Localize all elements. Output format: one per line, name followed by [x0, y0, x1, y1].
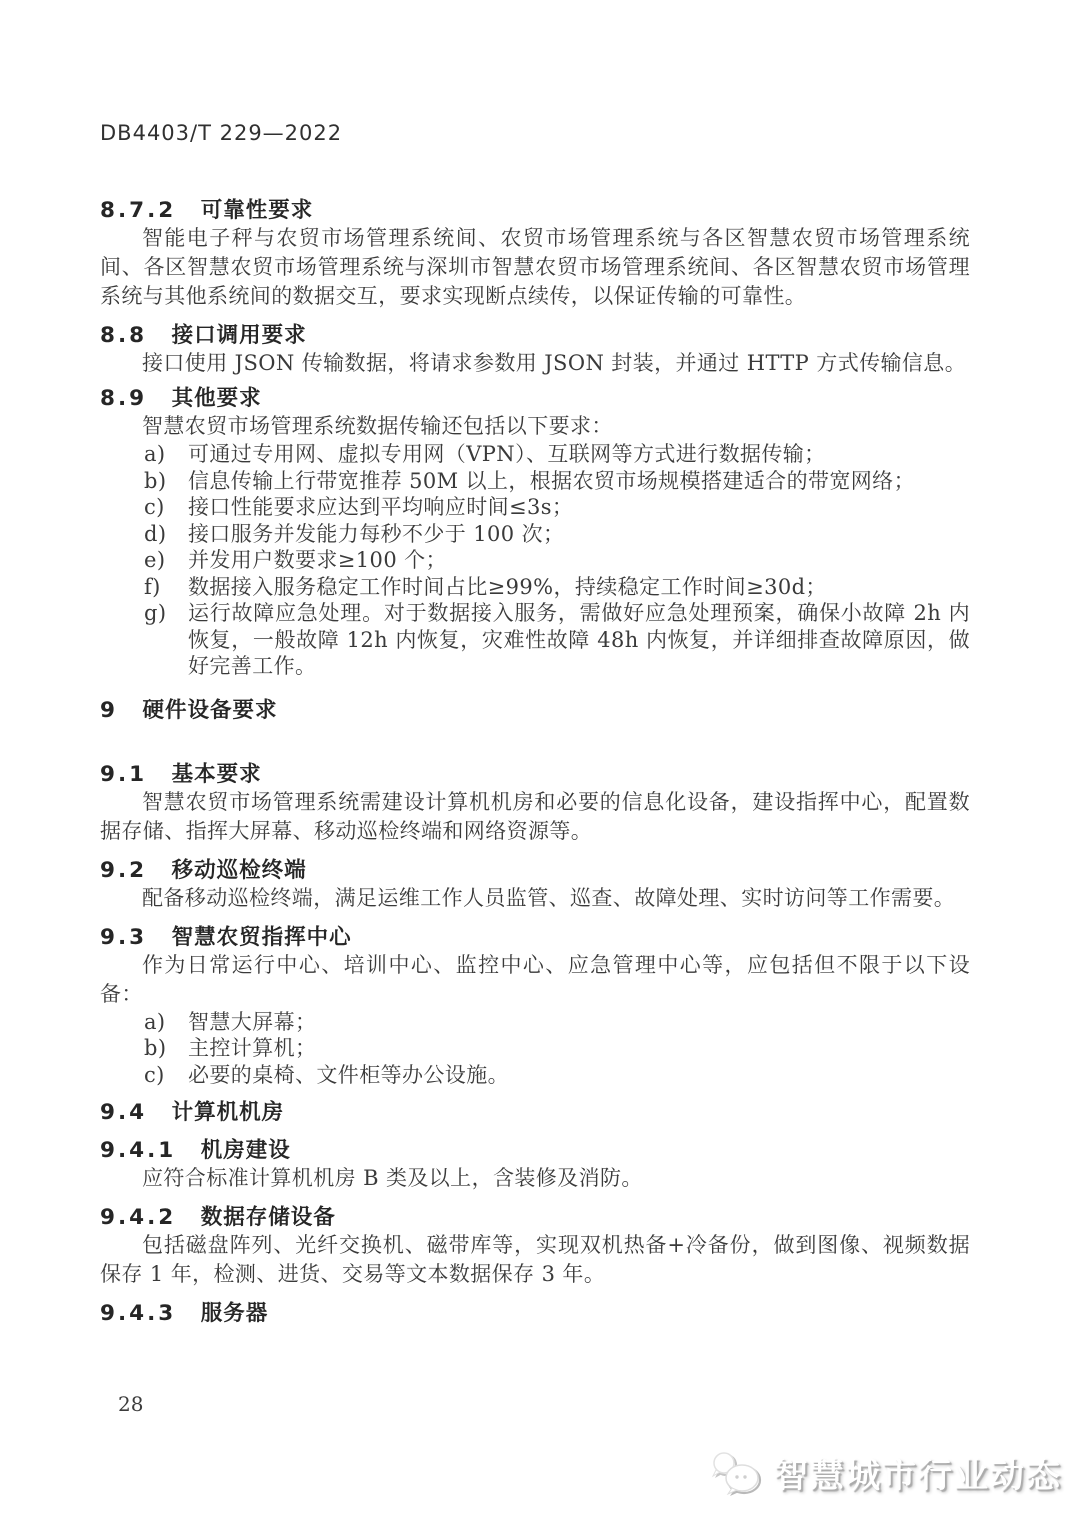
list-item-g: g) 运行故障应急处理。对于数据接入服务，需做好应急处理预案，确保小故障 2h … — [144, 600, 970, 680]
list-item-f: f) 数据接入服务稳定工作时间占比≥99%，持续稳定工作时间≥30d； — [144, 574, 970, 601]
section-heading-9-2: 9.2 移动巡检终端 — [100, 858, 970, 884]
list-item-c: c) 接口性能要求应达到平均响应时间≤3s； — [144, 494, 970, 521]
section-heading-9-4-2: 9.4.2 数据存储设备 — [100, 1205, 970, 1231]
list-marker: a) — [144, 1009, 188, 1036]
section-title: 基本要求 — [172, 762, 262, 787]
list-item-c: c) 必要的桌椅、文件柜等办公设施。 — [144, 1062, 970, 1089]
chapter-heading-9: 9 硬件设备要求 — [100, 698, 970, 724]
list-marker: e) — [144, 547, 188, 574]
section-number: 9.2 — [100, 858, 147, 884]
paragraph-reliability: 智能电子秤与农贸市场管理系统间、农贸市场管理系统与各区智慧农贸市场管理系统间、各… — [100, 224, 970, 311]
chapter-title: 硬件设备要求 — [142, 698, 277, 723]
section-heading-8-9: 8.9 其他要求 — [100, 386, 970, 412]
section-number: 8.7.2 — [100, 198, 176, 224]
list-marker: b) — [144, 468, 188, 495]
list-marker: g) — [144, 600, 188, 680]
list-text: 并发用户数要求≥100 个； — [188, 547, 970, 574]
list-text: 信息传输上行带宽推荐 50M 以上，根据农贸市场规模搭建适合的带宽网络； — [188, 468, 970, 495]
list-text: 必要的桌椅、文件柜等办公设施。 — [188, 1062, 970, 1089]
list-item-b: b) 主控计算机； — [144, 1035, 970, 1062]
list-text: 主控计算机； — [188, 1035, 970, 1062]
list-text: 可通过专用网、虚拟专用网（VPN）、互联网等方式进行数据传输； — [188, 441, 970, 468]
section-number: 8.9 — [100, 386, 147, 412]
section-heading-9-4-1: 9.4.1 机房建设 — [100, 1138, 970, 1164]
list-item-b: b) 信息传输上行带宽推荐 50M 以上，根据农贸市场规模搭建适合的带宽网络； — [144, 468, 970, 495]
list-text: 接口性能要求应达到平均响应时间≤3s； — [188, 494, 970, 521]
section-title: 可靠性要求 — [201, 198, 314, 223]
list-marker: f) — [144, 574, 188, 601]
section-number: 9.1 — [100, 762, 147, 788]
section-number: 9.4.1 — [100, 1138, 176, 1164]
paragraph-other-intro: 智慧农贸市场管理系统数据传输还包括以下要求： — [100, 412, 970, 441]
section-heading-9-3: 9.3 智慧农贸指挥中心 — [100, 925, 970, 951]
section-number: 9.3 — [100, 925, 147, 951]
section-title: 服务器 — [201, 1301, 269, 1326]
paragraph-interface-call: 接口使用 JSON 传输数据，将请求参数用 JSON 封装，并通过 HTTP 方… — [100, 349, 970, 378]
section-title: 接口调用要求 — [172, 323, 307, 348]
page-number: 28 — [118, 1392, 143, 1416]
paragraph-command-center-intro: 作为日常运行中心、培训中心、监控中心、应急管理中心等，应包括但不限于以下设备： — [100, 951, 970, 1009]
section-title: 其他要求 — [172, 386, 262, 411]
section-title: 移动巡检终端 — [172, 858, 307, 883]
paragraph-mobile-terminal: 配备移动巡检终端，满足运维工作人员监管、巡查、故障处理、实时访问等工作需要。 — [100, 884, 970, 913]
section-heading-8-8: 8.8 接口调用要求 — [100, 323, 970, 349]
section-number: 9.4 — [100, 1100, 147, 1126]
section-number: 9.4.2 — [100, 1205, 176, 1231]
section-title: 机房建设 — [201, 1138, 291, 1163]
paragraph-storage: 包括磁盘阵列、光纤交换机、磁带库等，实现双机热备+冷备份，做到图像、视频数据保存… — [100, 1231, 970, 1289]
section-number: 9.4.3 — [100, 1301, 176, 1327]
section-heading-9-4: 9.4 计算机机房 — [100, 1100, 970, 1126]
chapter-number: 9 — [100, 698, 118, 724]
section-title: 智慧农贸指挥中心 — [172, 925, 352, 950]
list-text: 智慧大屏幕； — [188, 1009, 970, 1036]
footer-brand: 智慧城市行业动态 — [708, 1448, 1062, 1497]
list-text: 运行故障应急处理。对于数据接入服务，需做好应急处理预案，确保小故障 2h 内恢复… — [188, 600, 970, 680]
list-text: 数据接入服务稳定工作时间占比≥99%，持续稳定工作时间≥30d； — [188, 574, 970, 601]
section-heading-8-7-2: 8.7.2 可靠性要求 — [100, 198, 970, 224]
section-heading-9-1: 9.1 基本要求 — [100, 762, 970, 788]
section-number: 8.8 — [100, 323, 147, 349]
list-marker: b) — [144, 1035, 188, 1062]
list-item-a: a) 智慧大屏幕； — [144, 1009, 970, 1036]
command-center-list: a) 智慧大屏幕； b) 主控计算机； c) 必要的桌椅、文件柜等办公设施。 — [100, 1009, 970, 1089]
list-item-a: a) 可通过专用网、虚拟专用网（VPN）、互联网等方式进行数据传输； — [144, 441, 970, 468]
list-item-d: d) 接口服务并发能力每秒不少于 100 次； — [144, 521, 970, 548]
list-marker: d) — [144, 521, 188, 548]
document-page: DB4403/T 229—2022 8.7.2 可靠性要求 智能电子秤与农贸市场… — [0, 0, 1080, 1527]
list-marker: c) — [144, 494, 188, 521]
paragraph-basic: 智慧农贸市场管理系统需建设计算机机房和必要的信息化设备，建设指挥中心，配置数据存… — [100, 788, 970, 846]
paragraph-room-build: 应符合标准计算机机房 B 类及以上，含装修及消防。 — [100, 1164, 970, 1193]
standard-code-header: DB4403/T 229—2022 — [100, 120, 970, 146]
list-item-e: e) 并发用户数要求≥100 个； — [144, 547, 970, 574]
list-text: 接口服务并发能力每秒不少于 100 次； — [188, 521, 970, 548]
other-requirements-list: a) 可通过专用网、虚拟专用网（VPN）、互联网等方式进行数据传输； b) 信息… — [100, 441, 970, 680]
list-marker: c) — [144, 1062, 188, 1089]
list-marker: a) — [144, 441, 188, 468]
section-title: 数据存储设备 — [201, 1205, 336, 1230]
chat-bubbles-icon — [708, 1450, 764, 1496]
section-heading-9-4-3: 9.4.3 服务器 — [100, 1301, 970, 1327]
footer-brand-text: 智慧城市行业动态 — [774, 1448, 1062, 1497]
section-title: 计算机机房 — [172, 1100, 285, 1125]
